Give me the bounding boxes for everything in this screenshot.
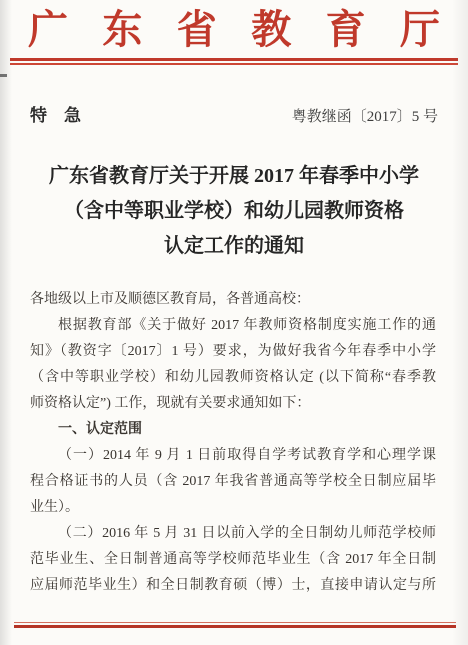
body-line: （含中等职业学校）和幼儿园教师资格认定 (以下简称“春季教 bbox=[30, 365, 436, 391]
document-title-line: （含中等职业学校）和幼儿园教师资格 bbox=[0, 194, 468, 229]
doc-number: 粤教继函〔2017〕5 号 bbox=[292, 105, 438, 126]
meta-row: 特 急 粤教继函〔2017〕5 号 bbox=[30, 101, 438, 126]
section-heading-identification-scope: 一、认定范围 bbox=[30, 417, 436, 443]
body-line: 根据教育部《关于做好 2017 年教师资格制度实施工作的通 bbox=[30, 313, 436, 339]
footer-rule bbox=[14, 622, 456, 628]
document-title: 广东省教育厅关于开展 2017 年春季中小学 （含中等职业学校）和幼儿园教师资格… bbox=[0, 159, 468, 264]
document-title-line: 广东省教育厅关于开展 2017 年春季中小学 bbox=[0, 159, 468, 194]
body-line: 范毕业生、全日制普通高等学校师范毕业生（含 2017 年全日制 bbox=[30, 547, 436, 573]
letterhead: 广东省教育厅 bbox=[0, 6, 468, 65]
body-line: 业生）。 bbox=[30, 495, 436, 521]
letterhead-rule bbox=[10, 58, 458, 65]
salutation: 各地级以上市及顺德区教育局，各普通高校： bbox=[30, 287, 436, 313]
document-title-line: 认定工作的通知 bbox=[0, 229, 468, 264]
body-line: （二）2016 年 5 月 31 日以前入学的全日制幼儿师范学校师 bbox=[30, 521, 436, 547]
body-line: 知》（教资字〔2017〕1 号）要求，为做好我省今年春季中小学 bbox=[30, 339, 436, 365]
urgency-label: 特 急 bbox=[30, 101, 81, 126]
document-page: 广东省教育厅 特 急 粤教继函〔2017〕5 号 广东省教育厅关于开展 2017… bbox=[0, 0, 468, 645]
document-body: 各地级以上市及顺德区教育局，各普通高校： 根据教育部《关于做好 2017 年教师… bbox=[30, 287, 436, 599]
body-line: 师资格认定”) 工作，现就有关要求通知如下： bbox=[30, 391, 436, 417]
body-line: 程合格证书的人员（含 2017 年我省普通高等学校全日制应届毕 bbox=[30, 469, 436, 495]
scan-artifact-tick bbox=[0, 74, 7, 77]
body-line: （一）2014 年 9 月 1 日前取得自学考试教育学和心理学课 bbox=[30, 443, 436, 469]
body-line: 应届师范毕业生）和全日制教育硕（博）士，直接申请认定与所 bbox=[30, 573, 436, 599]
letterhead-title: 广东省教育厅 bbox=[28, 6, 440, 54]
